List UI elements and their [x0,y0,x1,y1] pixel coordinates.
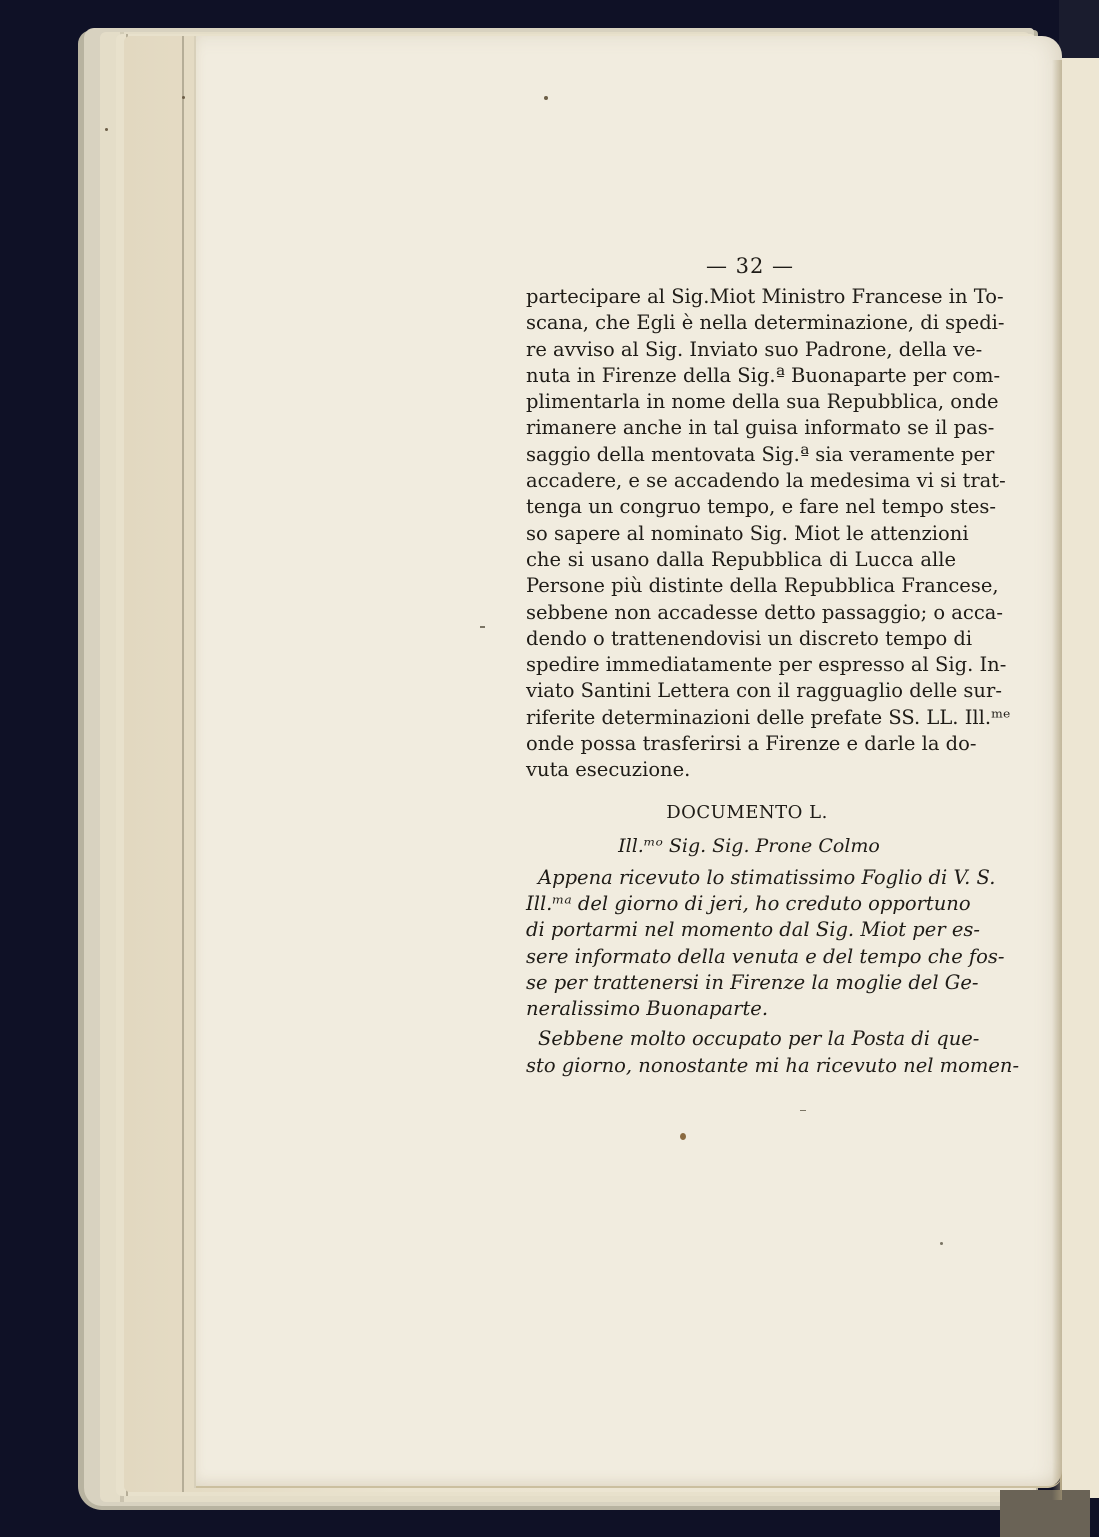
letter-salutation: Ill.ᵐᵒ Sig. Sig. Prone Colmo [526,835,956,857]
text-line: re avviso al Sig. Inviato suo Padrone, d… [526,337,956,363]
text-line: rimanere anche in tal guisa informato se… [526,415,956,441]
text-line: so sapere al nominato Sig. Miot le atten… [526,521,956,547]
text-line: dendo o trattenendovisi un discreto temp… [526,626,956,652]
text-line: sere informato della venuta e del tempo … [526,944,956,970]
text-line: scana, che Egli è nella determinazione, … [526,310,956,336]
text-line: sebbene non accadesse detto passaggio; o… [526,600,956,626]
text-line: sto giorno, nonostante mi ha ricevuto ne… [526,1053,956,1079]
text-line: spedire immediatamente per espresso al S… [526,652,956,678]
paper-mark [480,626,485,628]
text-line: se per trattenersi in Firenze la moglie … [526,970,956,996]
text-line: accadere, e se accadendo la medesima vi … [526,468,956,494]
body-paragraph: partecipare al Sig.Miot Ministro Frances… [526,284,956,784]
text-line: Ill.ᵐᵃ del giorno di jeri, ho creduto op… [526,891,956,917]
text-line: neralissimo Buonaparte. [526,996,956,1022]
text-line: Sebbene molto occupato per la Posta di q… [526,1026,956,1052]
paper-speck [940,1242,943,1245]
text-line: saggio della mentovata Sig.ª sia veramen… [526,442,956,468]
text-line: Appena ricevuto lo stimatissimo Foglio d… [526,865,956,891]
document-heading: DOCUMENTO L. [526,802,956,823]
text-line: partecipare al Sig.Miot Ministro Frances… [526,284,956,310]
printed-text-block: — 32 — partecipare al Sig.Miot Ministro … [526,254,956,1079]
text-line: onde possa trasferirsi a Firenze e darle… [526,731,956,757]
text-line: di portarmi nel momento dal Sig. Miot pe… [526,917,956,943]
text-line: tenga un congruo tempo, e fare nel tempo… [526,494,956,520]
text-line: vuta esecuzione. [526,757,956,783]
paper-speck [544,96,548,100]
paper-stain [680,1133,686,1140]
text-line: che si usano dalla Repubblica di Lucca a… [526,547,956,573]
text-line: Persone più distinte della Repubblica Fr… [526,573,956,599]
paper-speck [182,96,185,99]
text-line: plimentarla in nome della sua Repubblica… [526,389,956,415]
letter-paragraph: Appena ricevuto lo stimatissimo Foglio d… [526,865,956,1023]
gutter-shadow [1052,60,1062,1500]
text-line: riferite determinazioni delle prefate SS… [526,705,956,731]
letter-paragraph: Sebbene molto occupato per la Posta di q… [526,1026,956,1079]
text-line: viato Santini Lettera con il ragguaglio … [526,678,956,704]
paper-mark [800,1110,806,1111]
text-line: nuta in Firenze della Sig.ª Buonaparte p… [526,363,956,389]
facing-page-edge [1060,58,1099,1498]
spine-flap [1000,1490,1090,1537]
paper-speck [105,128,108,131]
page-number: — 32 — [526,254,956,278]
scan-background-edge [1059,0,1099,60]
